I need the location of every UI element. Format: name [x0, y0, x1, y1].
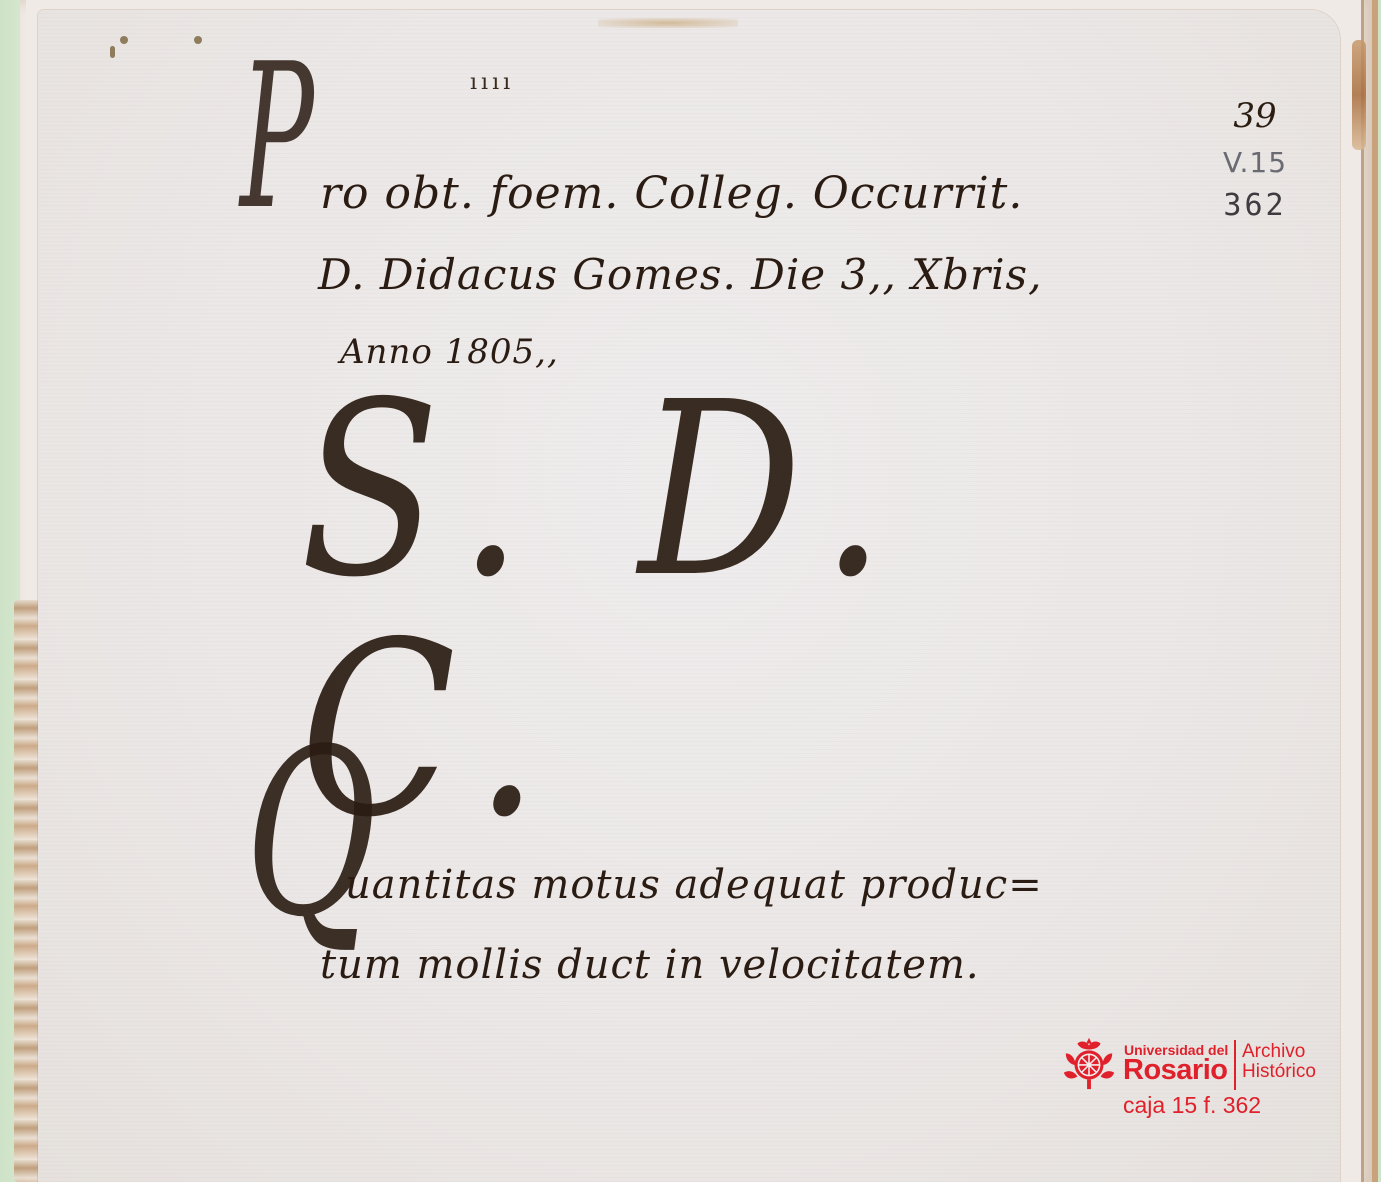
- binding-hole: [194, 36, 202, 44]
- header-line-2: D. Didacus Gomes. Die 3,, Xbris,: [318, 250, 1042, 299]
- binding-hole: [110, 46, 115, 58]
- decorative-initial-p: P: [240, 38, 314, 238]
- decorative-initial-q: Q: [245, 720, 377, 950]
- scan-background: P ıııı ro obt. foem. Colleg. Occurrit. D…: [0, 0, 1381, 1182]
- foxing-stain: [1352, 40, 1366, 150]
- box-folio-reference: caja 15 f. 362: [1123, 1092, 1261, 1119]
- institution-line-2: Rosario: [1123, 1054, 1227, 1087]
- binding-hole: [120, 36, 128, 44]
- department-line-1: Archivo: [1242, 1042, 1316, 1062]
- watermark-divider: [1234, 1040, 1236, 1090]
- body-line-1: uantitas motus adequat produc=: [345, 862, 1043, 908]
- folio-stamp: 362: [1210, 188, 1300, 223]
- body-line-2: tum mollis duct in velocitatem.: [320, 942, 980, 988]
- department-line-2: Histórico: [1242, 1062, 1316, 1082]
- archive-watermark: Universidad del Rosario Archivo Históric…: [1060, 1030, 1350, 1130]
- university-crest-icon: [1060, 1034, 1118, 1092]
- header-line-1: ro obt. foem. Colleg. Occurrit.: [320, 168, 1023, 219]
- shelfmark-number: 39: [1210, 96, 1300, 136]
- ink-stain: [598, 18, 738, 28]
- monogram-sdc: S. D. C.: [300, 370, 1219, 850]
- shelfmark-volume: V.15: [1210, 146, 1300, 179]
- tick-marks: ıııı: [470, 70, 514, 95]
- department-label: Archivo Histórico: [1242, 1042, 1316, 1082]
